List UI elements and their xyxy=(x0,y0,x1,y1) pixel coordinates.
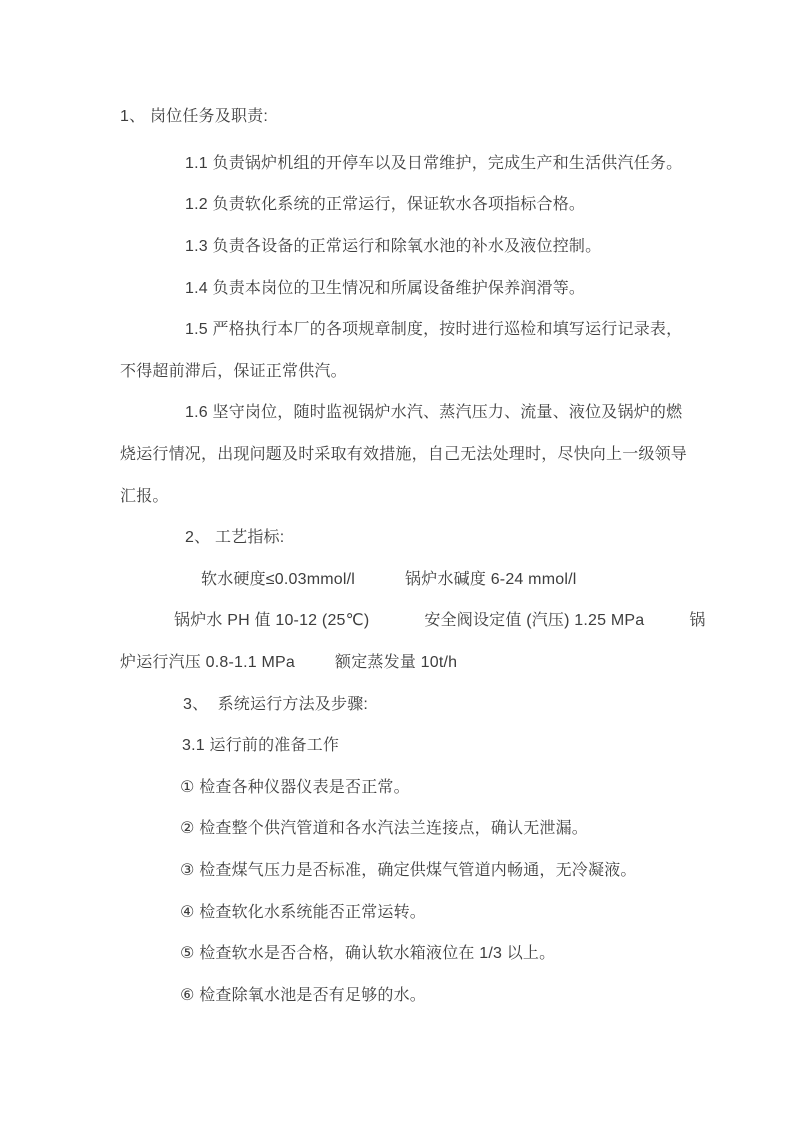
doc-line: 1.1 负责锅炉机组的开停车以及日常维护，完成生产和生活供汽任务。 xyxy=(120,141,673,183)
doc-text: 1.1 负责锅炉机组的开停车以及日常维护，完成生产和生活供汽任务。 xyxy=(185,150,682,173)
doc-line: 软水硬度≤0.03mmol/l锅炉水碱度 6-24 mmol/l xyxy=(120,557,673,599)
doc-line: ② 检查整个供汽管道和各水汽法兰连接点，确认无泄漏。 xyxy=(120,806,673,848)
doc-line: ⑤ 检查软水是否合格，确认软水箱液位在 1/3 以上。 xyxy=(120,931,673,973)
tab-spacer xyxy=(355,577,405,578)
doc-line: 1.3 负责各设备的正常运行和除氧水池的补水及液位控制。 xyxy=(120,224,673,266)
doc-line: 2、 工艺指标: xyxy=(120,515,673,557)
doc-text: 1.5 严格执行本厂的各项规章制度，按时进行巡检和填写运行记录表， xyxy=(185,316,682,339)
doc-text: 1.2 负责软化系统的正常运行，保证软水各项指标合格。 xyxy=(185,191,585,214)
doc-line: 1.5 严格执行本厂的各项规章制度，按时进行巡检和填写运行记录表， xyxy=(120,307,673,349)
doc-text: ⑤ 检查软水是否合格，确认软水箱液位在 1/3 以上。 xyxy=(180,940,555,963)
tab-spacer xyxy=(644,618,689,619)
doc-text: ③ 检查煤气压力是否标准，确定供煤气管道内畅通，无冷凝液。 xyxy=(180,857,637,880)
doc-text: 锅炉水 PH 值 10-12 (25℃) xyxy=(174,607,369,630)
doc-line: 炉运行汽压 0.8-1.1 MPa额定蒸发量 10t/h xyxy=(120,640,673,682)
doc-line: 汇报。 xyxy=(120,473,673,515)
doc-text: 锅 xyxy=(689,607,705,630)
tab-spacer xyxy=(369,618,424,619)
doc-text: 1.4 负责本岗位的卫生情况和所属设备维护保养润滑等。 xyxy=(185,275,585,298)
doc-text: 锅炉水碱度 6-24 mmol/l xyxy=(405,566,576,589)
doc-line: ⑥ 检查除氧水池是否有足够的水。 xyxy=(120,972,673,1014)
doc-text: ② 检查整个供汽管道和各水汽法兰连接点，确认无泄漏。 xyxy=(180,815,588,838)
doc-line: 1、 岗位任务及职责: xyxy=(120,94,673,136)
doc-line: ① 检查各种仪器仪表是否正常。 xyxy=(120,765,673,807)
doc-text: 炉运行汽压 0.8-1.1 MPa xyxy=(120,649,295,672)
doc-line: 锅炉水 PH 值 10-12 (25℃)安全阀设定值 (汽压) 1.25 MPa… xyxy=(120,598,673,640)
doc-text: 1.3 负责各设备的正常运行和除氧水池的补水及液位控制。 xyxy=(185,233,601,256)
doc-text: 安全阀设定值 (汽压) 1.25 MPa xyxy=(424,607,644,630)
document-body: 1、 岗位任务及职责:1.1 负责锅炉机组的开停车以及日常维护，完成生产和生活供… xyxy=(120,94,673,1014)
tab-spacer xyxy=(295,660,335,661)
doc-line: ④ 检查软化水系统能否正常运转。 xyxy=(120,889,673,931)
doc-text: 3、 系统运行方法及步骤: xyxy=(183,691,368,714)
doc-line: 烧运行情况，出现问题及时采取有效措施，自己无法处理时，尽快向上一级领导 xyxy=(120,432,673,474)
doc-text: 烧运行情况，出现问题及时采取有效措施，自己无法处理时，尽快向上一级领导 xyxy=(120,441,687,464)
doc-text: ④ 检查软化水系统能否正常运转。 xyxy=(180,899,426,922)
doc-text: ⑥ 检查除氧水池是否有足够的水。 xyxy=(180,982,426,1005)
doc-line: 1.6 坚守岗位，随时监视锅炉水汽、蒸汽压力、流量、液位及锅炉的燃 xyxy=(120,390,673,432)
doc-line: 1.2 负责软化系统的正常运行，保证软水各项指标合格。 xyxy=(120,182,673,224)
doc-text: 额定蒸发量 10t/h xyxy=(335,649,457,672)
doc-line: ③ 检查煤气压力是否标准，确定供煤气管道内畅通，无冷凝液。 xyxy=(120,848,673,890)
doc-text: 软水硬度≤0.03mmol/l xyxy=(201,566,355,589)
doc-line: 不得超前滞后，保证正常供汽。 xyxy=(120,349,673,391)
doc-text: 1、 岗位任务及职责: xyxy=(120,103,268,126)
doc-text: 不得超前滞后，保证正常供汽。 xyxy=(120,358,347,381)
doc-text: 汇报。 xyxy=(120,483,169,506)
doc-line: 1.4 负责本岗位的卫生情况和所属设备维护保养润滑等。 xyxy=(120,265,673,307)
document-page: 1、 岗位任务及职责:1.1 负责锅炉机组的开停车以及日常维护，完成生产和生活供… xyxy=(0,0,793,1122)
doc-line: 3、 系统运行方法及步骤: xyxy=(120,681,673,723)
doc-text: 3.1 运行前的准备工作 xyxy=(182,732,339,755)
doc-text: ① 检查各种仪器仪表是否正常。 xyxy=(180,774,410,797)
doc-line: 3.1 运行前的准备工作 xyxy=(120,723,673,765)
doc-text: 1.6 坚守岗位，随时监视锅炉水汽、蒸汽压力、流量、液位及锅炉的燃 xyxy=(185,399,682,422)
doc-text: 2、 工艺指标: xyxy=(185,524,284,547)
